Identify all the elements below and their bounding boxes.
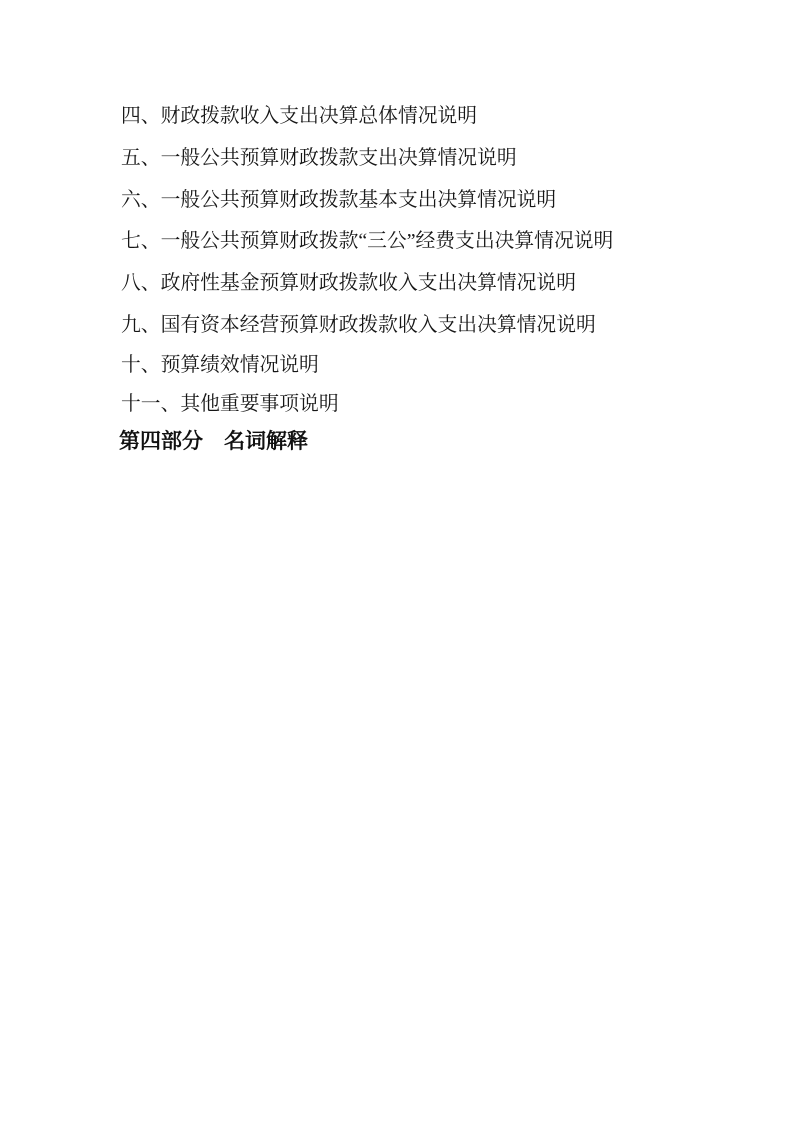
toc-item-9: 九、国有资本经营预算财政拨款收入支出决算情况说明 [121,316,596,336]
toc-item-7: 七、一般公共预算财政拨款“三公”经费支出决算情况说明 [121,232,613,252]
part-heading: 第四部分 名词解释 [119,431,308,452]
toc-item-10: 十、预算绩效情况说明 [121,356,319,376]
toc-item-4: 四、财政拨款收入支出决算总体情况说明 [121,107,477,127]
toc-item-6: 六、一般公共预算财政拨款基本支出决算情况说明 [121,191,556,211]
toc-item-5: 五、一般公共预算财政拨款支出决算情况说明 [121,149,517,169]
toc-item-11: 十一、其他重要事项说明 [121,395,339,415]
toc-item-8: 八、政府性基金预算财政拨款收入支出决算情况说明 [121,274,576,294]
document-page: 四、财政拨款收入支出决算总体情况说明 五、一般公共预算财政拨款支出决算情况说明 … [0,0,793,1122]
